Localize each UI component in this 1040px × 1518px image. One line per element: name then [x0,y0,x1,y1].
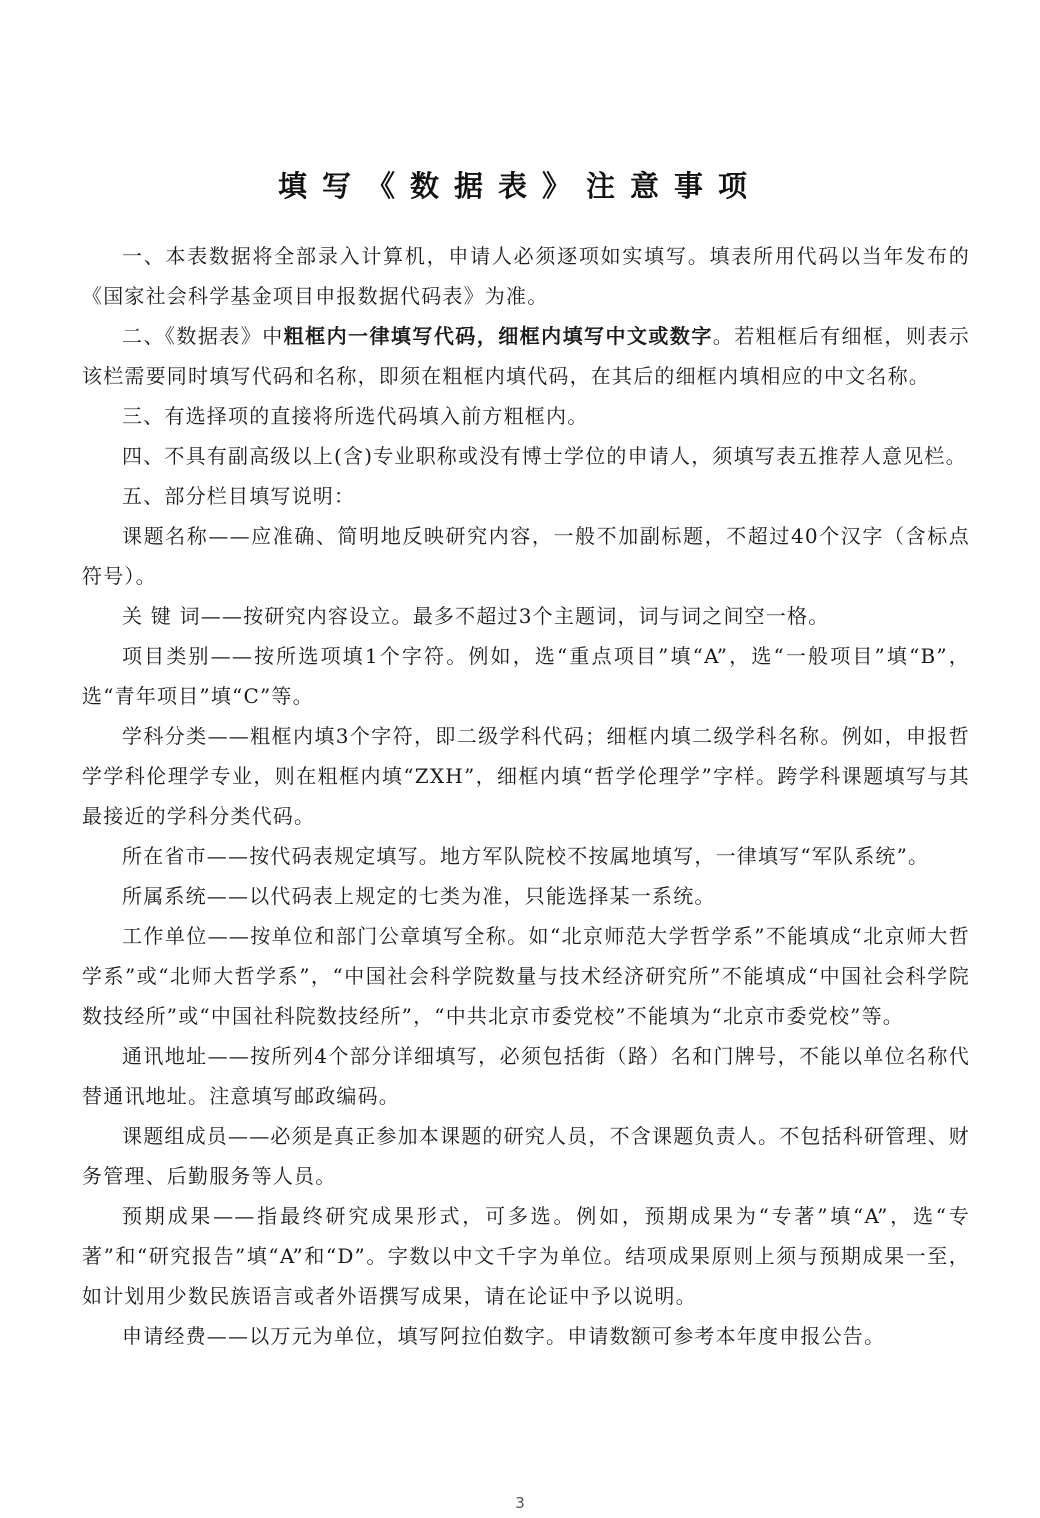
field-note-work-unit: 工作单位——按单位和部门公章填写全称。如“北京师范大学哲学系”不能填成“北京师大… [82,916,970,1036]
field-note-discipline: 学科分类——粗框内填3个字符，即二级学科代码；细框内填二级学科名称。例如，申报哲… [82,716,970,836]
field-note-team-members: 课题组成员——必须是真正参加本课题的研究人员，不含课题负责人。不包括科研管理、财… [82,1116,970,1196]
instruction-item-4: 四、不具有副高级以上(含)专业职称或没有博士学位的申请人，须填写表五推荐人意见栏… [82,436,970,476]
field-note-keywords: 关 键 词——按研究内容设立。最多不超过3个主题词，词与词之间空一格。 [82,596,970,636]
field-note-project-category: 项目类别——按所选项填1个字符。例如，选“重点项目”填“A”，选“一般项目”填“… [82,636,970,716]
instruction-item-2: 二、《数据表》中粗框内一律填写代码，细框内填写中文或数字。若粗框后有细框，则表示… [82,316,970,396]
document-page: 填写《数据表》注意事项 一、本表数据将全部录入计算机，申请人必须逐项如实填写。填… [0,0,1040,1518]
instruction-item-5: 五、部分栏目填写说明： [82,476,970,516]
field-note-address: 通讯地址——按所列4个部分详细填写，必须包括街（路）名和门牌号，不能以单位名称代… [82,1036,970,1116]
field-note-topic-name: 课题名称——应准确、简明地反映研究内容，一般不加副标题，不超过40个汉字（含标点… [82,516,970,596]
instruction-item-2-emphasis: 粗框内一律填写代码，细框内填写中文或数字 [284,324,713,348]
instruction-item-1: 一、本表数据将全部录入计算机，申请人必须逐项如实填写。填表所用代码以当年发布的《… [82,236,970,316]
page-title: 填写《数据表》注意事项 [0,162,1040,210]
instruction-item-2-prefix: 二、《数据表》中 [122,324,284,348]
field-note-province: 所在省市——按代码表规定填写。地方军队院校不按属地填写，一律填写“军队系统”。 [82,836,970,876]
document-body: 一、本表数据将全部录入计算机，申请人必须逐项如实填写。填表所用代码以当年发布的《… [82,236,970,1356]
page-number: 3 [0,1494,1040,1512]
instruction-item-3: 三、有选择项的直接将所选代码填入前方粗框内。 [82,396,970,436]
field-note-funding: 申请经费——以万元为单位，填写阿拉伯数字。申请数额可参考本年度申报公告。 [82,1316,970,1356]
field-note-system: 所属系统——以代码表上规定的七类为准，只能选择某一系统。 [82,876,970,916]
field-note-expected-results: 预期成果——指最终研究成果形式，可多选。例如，预期成果为“专著”填“A”，选“专… [82,1196,970,1316]
